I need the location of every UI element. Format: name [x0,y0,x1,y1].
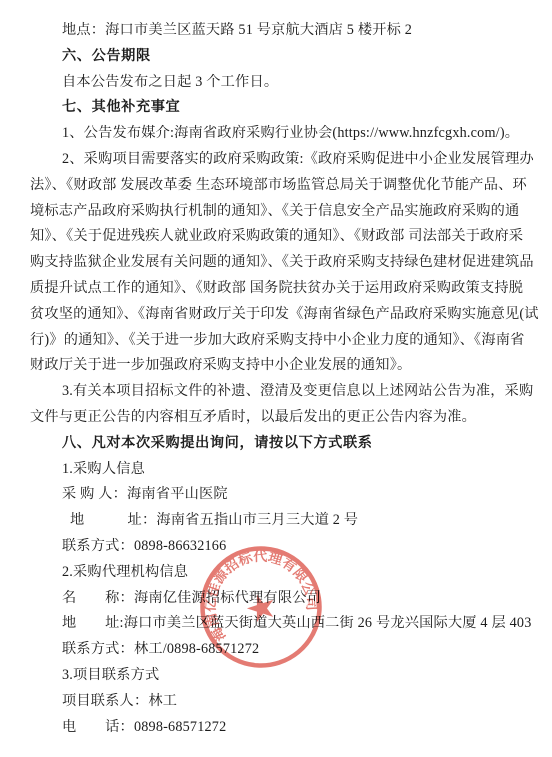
document-line-3: 自本公告发布之日起 3 个工作日。 [30,70,544,96]
document-line-28: 电 话：0898-68571272 [30,715,544,741]
document-line-1: 地点：海口市美兰区蓝天路 51 号京航大酒店 5 楼开标 2 [30,18,544,44]
document-line-23: 名 称：海南亿佳源招标代理有限公司 [30,586,544,612]
document-line-24: 地 址:海口市美兰区蓝天街道大英山西二街 26 号龙兴国际大厦 4 层 403 [30,611,544,637]
document-line-9: 知》、《关于促进残疾人就业政府采购政策的通知》、《财政部 司法部关于政府采 [30,224,544,250]
document-line-27: 项目联系人：林工 [30,689,544,715]
document-line-25: 联系方式：林工/0898-68571272 [30,637,544,663]
document-line-17: 八、凡对本次采购提出询问，请按以下方式联系 [30,431,544,457]
document-line-6: 2、采购项目需要落实的政府采购政策:《政府采购促进中小企业发展管理办 [30,147,544,173]
document-line-20: 地 址：海南省五指山市三月三大道 2 号 [30,508,544,534]
document-line-22: 2.采购代理机构信息 [30,560,544,586]
document-line-14: 财政厅关于进一步加强政府采购支持中小企业发展的通知》。 [30,353,544,379]
document-line-2: 六、公告期限 [30,44,544,70]
document-line-19: 采 购 人：海南省平山医院 [30,482,544,508]
document-line-4: 七、其他补充事宜 [30,95,544,121]
document-line-5: 1、公告发布媒介:海南省政府采购行业协会(https://www.hnzfcgx… [30,121,544,147]
document-line-8: 境标志产品政府采购执行机制的通知》、《关于信息安全产品实施政府采购的通 [30,199,544,225]
document-line-11: 质提升试点工作的通知》、《财政部 国务院扶贫办关于运用政府采购政策支持脱 [30,276,544,302]
document-body: 地点：海口市美兰区蓝天路 51 号京航大酒店 5 楼开标 2六、公告期限自本公告… [0,0,552,740]
document-line-10: 购支持监狱企业发展有关问题的通知》、《关于政府采购支持绿色建材促进建筑品 [30,250,544,276]
document-line-16: 文件与更正公告的内容相互矛盾时，以最后发出的更正公告内容为准。 [30,405,544,431]
document-line-13: 行)》的通知》、《关于进一步加大政府采购支持中小企业力度的通知》、《海南省 [30,328,544,354]
document-line-7: 法》、《财政部 发展改革委 生态环境部市场监管总局关于调整优化节能产品、环 [30,173,544,199]
document-page: 地点：海口市美兰区蓝天路 51 号京航大酒店 5 楼开标 2六、公告期限自本公告… [0,0,552,757]
document-line-26: 3.项目联系方式 [30,663,544,689]
document-line-18: 1.采购人信息 [30,457,544,483]
document-line-21: 联系方式：0898-86632166 [30,534,544,560]
document-line-15: 3.有关本项目招标文件的补遗、澄清及变更信息以上述网站公告为准，采购 [30,379,544,405]
document-line-12: 贫攻坚的通知》、《海南省财政厅关于印发《海南省绿色产品政府采购实施意见(试 [30,302,544,328]
